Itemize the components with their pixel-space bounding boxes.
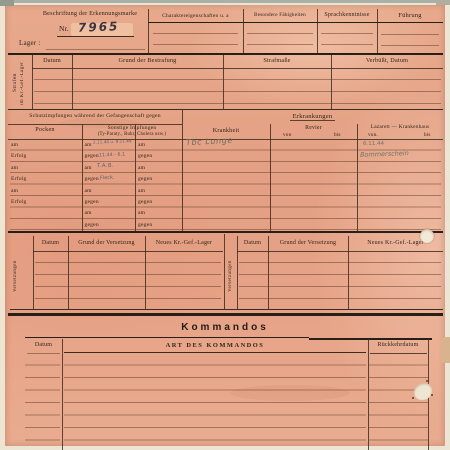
lager-label: Lager : <box>19 40 40 48</box>
sonstige-b-label: am <box>138 188 145 194</box>
scan-corner-top-right <box>436 0 450 5</box>
pocken-header: Pocken <box>8 127 82 134</box>
versetzungen-divider <box>224 234 225 309</box>
pocken-row-label: Erfolg <box>11 176 27 182</box>
pocken-row-label: am <box>11 188 18 194</box>
sonstige-a-label: am <box>85 188 92 194</box>
pocken-row-label: am <box>11 142 18 148</box>
kommandos-title: Kommandos <box>140 322 310 333</box>
revier-bis-label: bis <box>334 133 341 139</box>
strafen-write-rows <box>34 68 441 105</box>
lazarett-header: Lazarett — Krankenhaus <box>357 125 443 131</box>
versetzungen-header-datum-right: Datum <box>237 240 268 247</box>
damage-speckle <box>431 394 433 396</box>
traits-write-line <box>247 44 313 45</box>
versetzungen-header-grund-left: Grund der Versetzung <box>68 240 145 247</box>
pocken-row-label: Erfolg <box>11 199 27 205</box>
revier-header: Revier <box>270 125 357 131</box>
handwritten-vaccine-entry-4: Fleck. <box>100 176 115 182</box>
sonstige-b-label: gegen <box>138 199 152 205</box>
versetzungen-header-datum-left: Datum <box>33 240 68 247</box>
versetzungen-sidebar-right: Versetzungen <box>228 245 233 307</box>
traits-header-charakter: Charaktereigenschaften u. a <box>148 13 243 19</box>
versetzungen-sidebar-left: Versetzungen <box>13 245 18 307</box>
scanned-pow-record-card: Beschriftung der Erkennungsmarke Nr. 796… <box>0 0 450 450</box>
handwritten-vaccine-date-1: 2.11.44 u. 9.11.44 <box>93 139 135 145</box>
traits-write-line <box>321 33 373 34</box>
traits-header-fuehrung: Führung <box>377 12 443 19</box>
handwritten-vaccine-entry-3: T.A.B. <box>97 164 114 169</box>
traits-write-line <box>153 44 238 45</box>
scan-corner-top-left <box>0 0 14 6</box>
sonstige-a-label: am <box>85 142 92 148</box>
traits-header-rule <box>148 22 443 24</box>
kommandos-header-art: ART DES KOMMANDOS <box>62 342 368 349</box>
sonstige-b-label: gegen <box>138 176 152 182</box>
versetzungen-bottom-rule <box>10 309 443 310</box>
sonstige-a-label: gegen <box>85 222 99 228</box>
versetzungen-divider <box>33 236 34 309</box>
strafen-sidebar-label-2: im Kr.-Gef.-Lager <box>20 57 25 109</box>
sonstige-a-label: gegen <box>85 199 99 205</box>
erkennungsmarke-title: Beschriftung der Erkennungsmarke <box>24 11 156 18</box>
sonstige-b-label: gegen <box>138 222 152 228</box>
traits-write-line <box>381 45 439 46</box>
kommandos-header-rueckkehr: Rückkehrdatum <box>368 342 428 349</box>
faint-stain <box>60 118 140 128</box>
section-divider-rule <box>8 231 443 233</box>
lazarett-von-label: von. <box>368 133 378 139</box>
strafen-header-verbuesst: Verbüßt, Datum <box>331 58 443 65</box>
pocken-row-label: Erfolg <box>11 153 27 159</box>
strafen-header-datum: Datum <box>32 58 72 65</box>
strafen-sidebar-label: Strafen <box>12 60 18 106</box>
hole-punch <box>420 229 434 243</box>
scan-edge-top-light <box>0 3 450 5</box>
traits-header-faehigkeiten: Besondere Fähigkeiten <box>243 13 317 19</box>
sonstige-a-label: am <box>85 210 92 216</box>
sonstige-subheader: (Ty-Paraty., Ruhr, Cholera usw.) <box>82 132 182 137</box>
handwritten-vaccine-entry-2: 11.44 - 6.1 <box>99 153 125 159</box>
sonstige-b-label: am <box>138 142 145 148</box>
traits-write-line <box>321 44 373 45</box>
kommandos-header-datum: Datum <box>25 342 62 349</box>
lazarett-bis-label: bis <box>424 133 431 139</box>
versetzungen-write-rows-right <box>239 251 441 309</box>
pocken-row-label: am <box>11 165 18 171</box>
damage-speckle <box>412 397 414 399</box>
sonstige-a-label: gegen <box>85 176 99 182</box>
kommandos-title-rule-a <box>25 337 309 339</box>
traits-header-sprachkenntnisse: Sprachkenntnisse <box>317 12 377 19</box>
krankheit-header: Krankheit <box>182 128 270 135</box>
handwritten-lazarett-place: Bommerschein <box>360 150 409 159</box>
erkrankungen-title: Erkrankungen <box>182 113 443 121</box>
strafen-header-strafmass: Strafmaße <box>223 58 331 65</box>
versetzungen-header-grund-right: Grund der Versetzung <box>268 240 348 247</box>
strafen-header-grund: Grund der Bestrafung <box>72 58 223 65</box>
sonstige-a-label: am <box>85 165 92 171</box>
traits-write-line <box>153 33 238 34</box>
faint-stain <box>230 385 350 401</box>
section-divider-rule <box>8 53 443 55</box>
handwritten-prisoner-number: 7965 <box>78 20 120 34</box>
nr-label: Nr. <box>59 25 69 33</box>
sonstige-a-label: gegen <box>85 153 99 159</box>
traits-write-line <box>381 34 439 35</box>
strafen-bottom-rule <box>8 109 443 110</box>
sonstige-b-label: am <box>138 165 145 171</box>
section-divider-rule <box>8 313 443 316</box>
paper-edge-notch <box>441 337 450 363</box>
handwritten-lazarett-date: 6.11.44 <box>363 142 384 148</box>
revier-von-label: von <box>283 133 291 139</box>
traits-write-line <box>247 33 313 34</box>
nr-underline <box>57 36 134 37</box>
damage-speckle <box>426 380 428 382</box>
versetzungen-write-rows-left <box>35 251 221 309</box>
versetzungen-header-lager-left: Neues Kr.-Gef.-Lager <box>145 240 223 247</box>
sonstige-b-label: gegen <box>138 153 152 159</box>
versetzungen-divider <box>237 236 238 309</box>
lager-write-line <box>46 49 145 50</box>
kommandos-divider <box>62 339 63 450</box>
kommandos-title-rule-b <box>309 338 432 340</box>
kommandos-write-rows-datum <box>25 353 60 445</box>
sonstige-b-label: am <box>138 210 145 216</box>
